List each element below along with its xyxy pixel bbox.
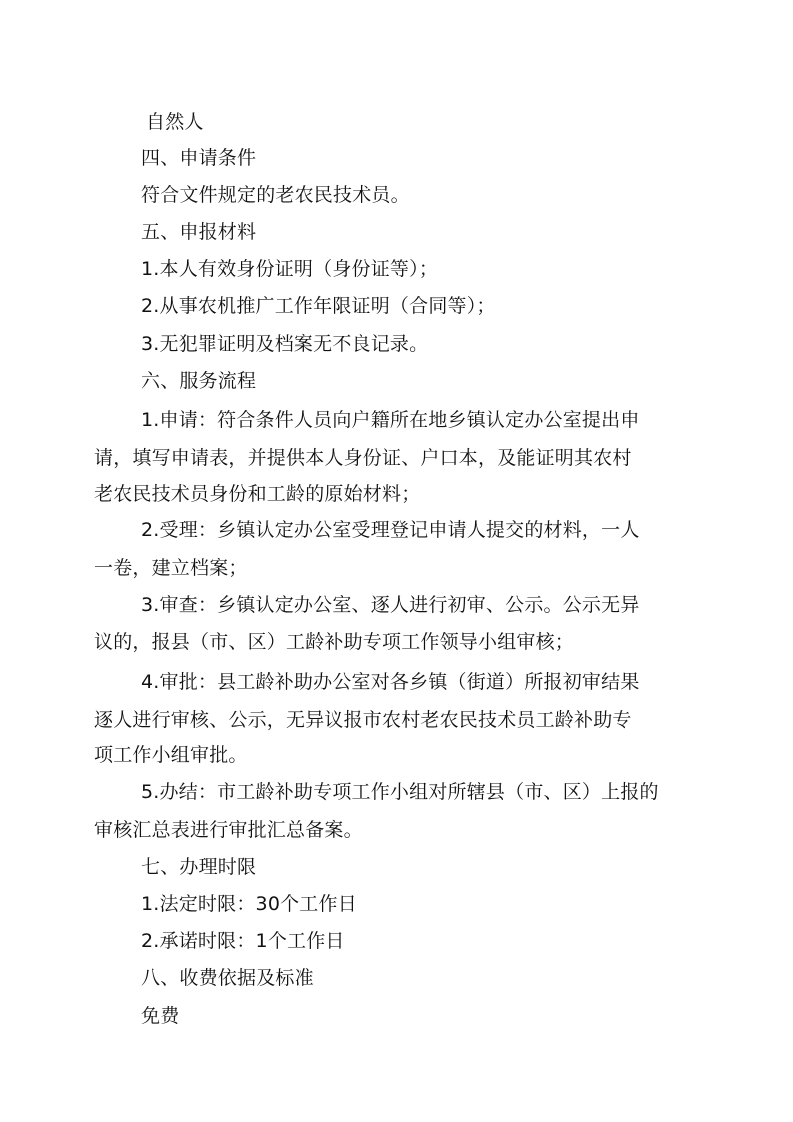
list-item-material-3: 3.无犯罪证明及档案无不良记录。 bbox=[141, 332, 428, 356]
process-step-review-line-2: 议的，报县（市、区）工龄补助专项工作领导小组审核； bbox=[94, 630, 574, 654]
process-step-approve-line-1: 4.审批：县工龄补助办公室对各乡镇（街道）所报初审结果 bbox=[141, 670, 640, 694]
process-step-approve-line-3: 项工作小组审批。 bbox=[94, 743, 248, 767]
process-step-accept-line-2: 一卷，建立档案； bbox=[94, 556, 248, 580]
process-step-approve-line-2: 逐人进行审核、公示，无异议报市农村老农民技术员工龄补助专 bbox=[94, 708, 632, 732]
text-line-natural-person: 自然人 bbox=[146, 110, 204, 134]
section-heading-fees: 八、收费依据及标准 bbox=[141, 966, 314, 990]
list-item-material-2: 2.从事农机推广工作年限证明（合同等）； bbox=[141, 294, 496, 318]
text-line-conditions: 符合文件规定的老农民技术员。 bbox=[141, 183, 410, 207]
section-heading-materials: 五、申报材料 bbox=[141, 220, 256, 244]
section-heading-time-limit: 七、办理时限 bbox=[141, 855, 256, 879]
process-step-accept-line-1: 2.受理：乡镇认定办公室受理登记申请人提交的材料，一人 bbox=[141, 518, 640, 542]
list-item-promised-time-limit: 2.承诺时限：1个工作日 bbox=[141, 929, 345, 953]
process-step-apply-line-3: 老农民技术员身份和工龄的原始材料； bbox=[94, 482, 420, 506]
section-heading-application-conditions: 四、申请条件 bbox=[141, 146, 256, 170]
section-heading-service-process: 六、服务流程 bbox=[141, 369, 256, 393]
process-step-complete-line-2: 审核汇总表进行审批汇总备案。 bbox=[94, 818, 363, 842]
process-step-review-line-1: 3.审查：乡镇认定办公室、逐人进行初审、公示。公示无异 bbox=[141, 593, 640, 617]
document-page: 自然人 四、申请条件 符合文件规定的老农民技术员。 五、申报材料 1.本人有效身… bbox=[0, 0, 793, 1122]
process-step-complete-line-1: 5.办结：市工龄补助专项工作小组对所辖县（市、区）上报的 bbox=[141, 780, 659, 804]
text-line-free: 免费 bbox=[141, 1004, 179, 1028]
list-item-material-1: 1.本人有效身份证明（身份证等）； bbox=[141, 257, 438, 281]
list-item-legal-time-limit: 1.法定时限：30个工作日 bbox=[141, 892, 357, 916]
process-step-apply-line-2: 请，填写申请表，并提供本人身份证、户口本，及能证明其农村 bbox=[94, 446, 632, 470]
process-step-apply-line-1: 1.申请：符合条件人员向户籍所在地乡镇认定办公室提出申 bbox=[141, 408, 640, 432]
